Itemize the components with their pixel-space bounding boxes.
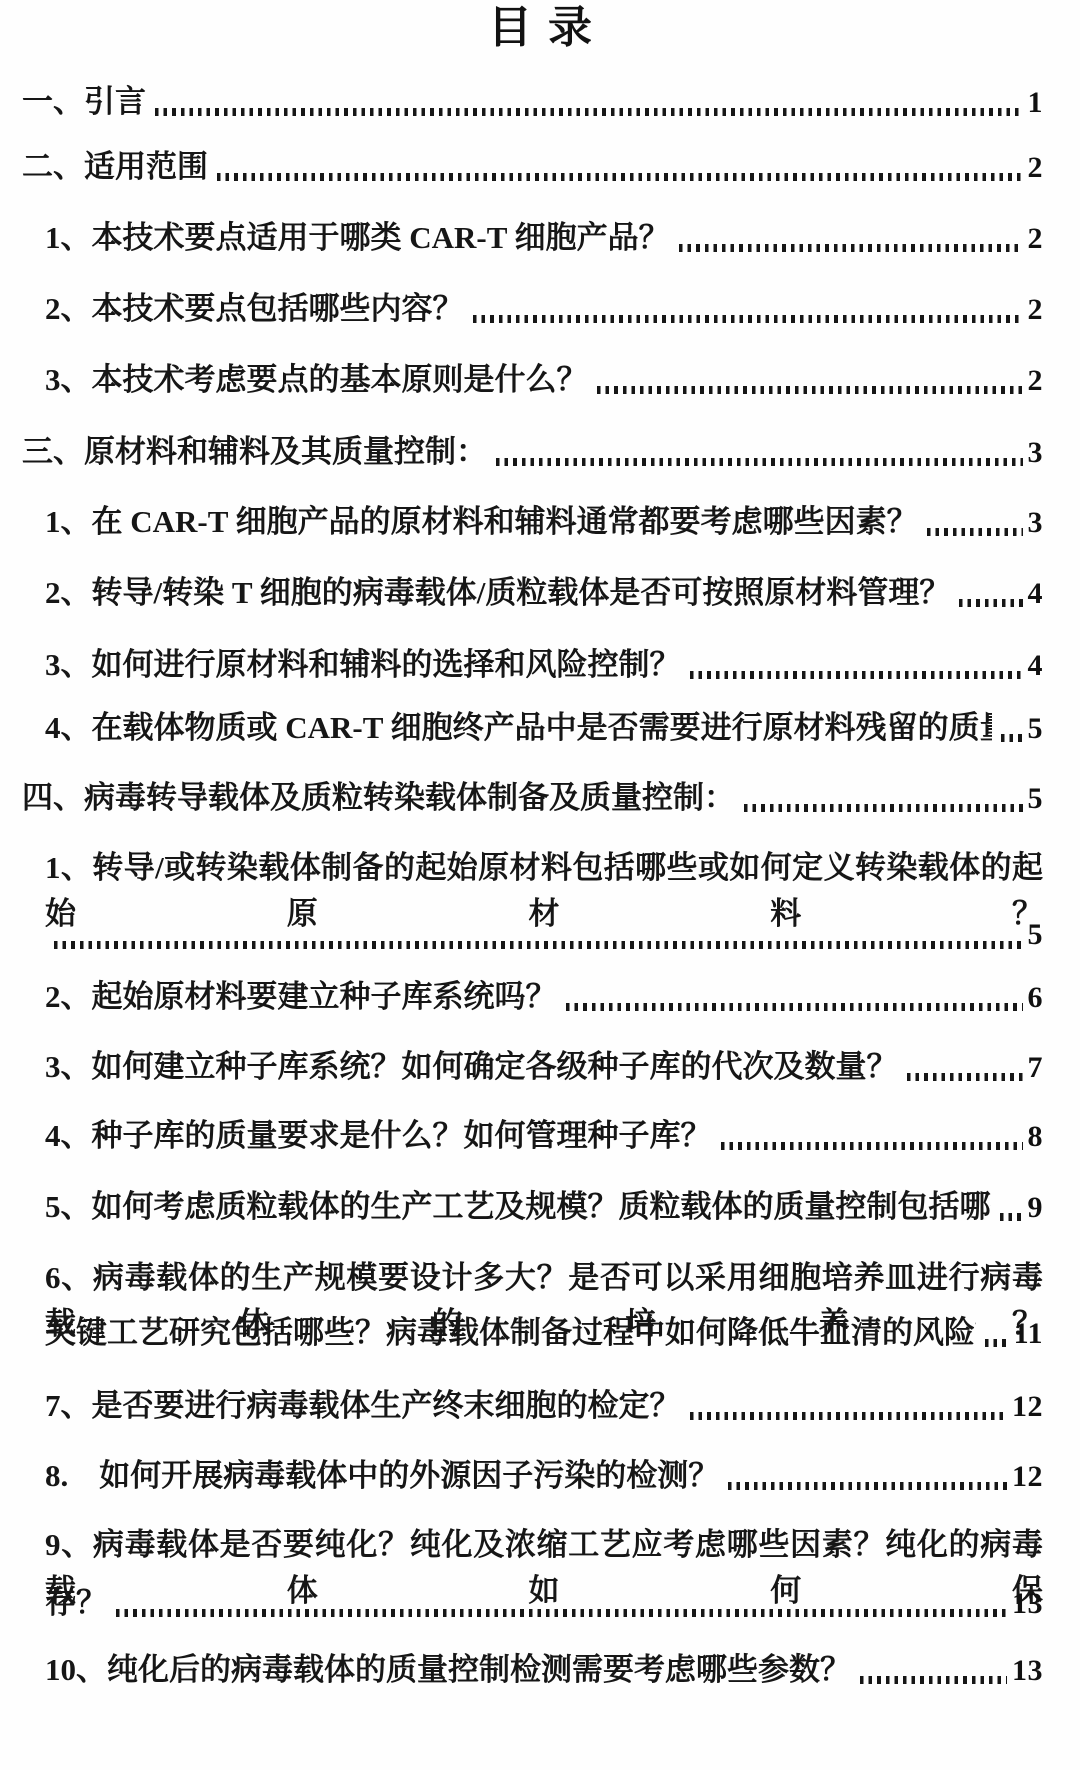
toc-entry: 10、纯化后的病毒载体的质量控制检测需要考虑哪些参数？13 — [45, 1647, 1043, 1693]
toc-dot-leader — [860, 1676, 1007, 1684]
toc-entry-text: 4、种子库的质量要求是什么？如何管理种子库？ — [45, 1113, 712, 1159]
toc-dot-leader — [566, 1003, 1023, 1011]
toc-entry: 6、病毒载体的生产规模要设计多大？是否可以采用细胞培养皿进行病毒载体的培养？ — [45, 1255, 1043, 1301]
toc-entry: 二、适用范围2 — [22, 144, 1043, 190]
toc-entry-text: 1、在 CAR-T 细胞产品的原材料和辅料通常都要考虑哪些因素？ — [45, 499, 918, 545]
toc-entry-text: 2、本技术要点包括哪些内容？ — [45, 286, 464, 332]
toc-dot-leader — [744, 804, 1023, 812]
toc-entry: 5 — [45, 912, 1043, 958]
toc-entry-text: 3、本技术考虑要点的基本原则是什么？ — [45, 357, 588, 403]
toc-dot-leader — [690, 1412, 1008, 1420]
toc-page-number: 5 — [1028, 912, 1044, 958]
toc-entry-text: 1、本技术要点适用于哪类 CAR-T 细胞产品？ — [45, 215, 670, 261]
toc-entry: 1、在 CAR-T 细胞产品的原材料和辅料通常都要考虑哪些因素？3 — [45, 499, 1043, 545]
toc-entry-text: 2、起始原材料要建立种子库系统吗？ — [45, 974, 557, 1020]
toc-page-number: 2 — [1028, 287, 1044, 333]
toc-page-number: 13 — [1012, 1581, 1043, 1627]
toc-entry: 4、在载体物质或 CAR-T 细胞终产品中是否需要进行原材料残留的质量检测？5 — [45, 705, 1043, 751]
document-page: 目录 一、引言1二、适用范围21、本技术要点适用于哪类 CAR-T 细胞产品？2… — [0, 0, 1080, 1770]
toc-entry: 3、本技术考虑要点的基本原则是什么？2 — [45, 357, 1043, 403]
toc-page-number: 9 — [1028, 1185, 1044, 1231]
toc-page-number: 12 — [1012, 1384, 1043, 1430]
toc-dot-leader — [721, 1142, 1023, 1150]
toc-entry-text: 5、如何考虑质粒载体的生产工艺及规模？质粒载体的质量控制包括哪些？ — [45, 1184, 991, 1230]
toc-page-number: 2 — [1028, 216, 1044, 262]
toc-entry: 9、病毒载体是否要纯化？纯化及浓缩工艺应考虑哪些因素？纯化的病毒载体如何保 — [45, 1522, 1043, 1568]
toc-page-number: 5 — [1028, 706, 1044, 752]
toc-dot-leader — [679, 244, 1023, 252]
toc-dot-leader — [473, 315, 1023, 323]
toc-dot-leader — [1000, 1213, 1023, 1221]
toc-entry-text: 二、适用范围 — [22, 144, 208, 190]
toc-dot-leader — [959, 599, 1022, 607]
toc-page-number: 1 — [1028, 80, 1044, 126]
toc-entry: 2、转导/转染 T 细胞的病毒载体/质粒载体是否可按照原材料管理？4 — [45, 570, 1043, 616]
toc-page-number: 13 — [1012, 1648, 1043, 1694]
toc-dot-leader — [907, 1073, 1023, 1081]
toc-entry-text: 3、如何进行原材料和辅料的选择和风险控制？ — [45, 642, 681, 688]
toc-dot-leader — [597, 386, 1023, 394]
toc-entry: 1、转导/或转染载体制备的起始原材料包括哪些或如何定义转染载体的起始原材料？ — [45, 845, 1043, 891]
toc-entry: 3、如何进行原材料和辅料的选择和风险控制？4 — [45, 642, 1043, 688]
toc-dot-leader — [116, 1609, 1007, 1617]
toc-entry-text: 8. 如何开展病毒载体中的外源因子污染的检测？ — [45, 1453, 719, 1499]
toc-entry-text: 三、原材料和辅料及其质量控制： — [22, 429, 487, 475]
toc-entry: 关键工艺研究包括哪些？病毒载体制备过程中如何降低牛血清的风险？11 — [45, 1310, 1043, 1356]
toc-page-number: 12 — [1012, 1454, 1043, 1500]
toc-entry-text: 7、是否要进行病毒载体生产终末细胞的检定？ — [45, 1383, 681, 1429]
toc-page-number: 5 — [1028, 776, 1044, 822]
toc-page-number: 4 — [1028, 571, 1044, 617]
toc-entry-text: 关键工艺研究包括哪些？病毒载体制备过程中如何降低牛血清的风险？ — [45, 1310, 976, 1356]
toc-entry-text: 3、如何建立种子库系统？如何确定各级种子库的代次及数量？ — [45, 1044, 898, 1090]
toc-entry-text: 4、在载体物质或 CAR-T 细胞终产品中是否需要进行原材料残留的质量检测？ — [45, 705, 992, 751]
toc-entry: 2、本技术要点包括哪些内容？2 — [45, 286, 1043, 332]
toc-dot-leader — [1001, 734, 1022, 742]
toc-entry: 5、如何考虑质粒载体的生产工艺及规模？质粒载体的质量控制包括哪些？9 — [45, 1184, 1043, 1230]
page-title: 目录 — [0, 2, 1080, 54]
toc-entry: 3、如何建立种子库系统？如何确定各级种子库的代次及数量？7 — [45, 1044, 1043, 1090]
toc-entry: 4、种子库的质量要求是什么？如何管理种子库？8 — [45, 1113, 1043, 1159]
toc-dot-leader — [155, 108, 1023, 116]
toc-page-number: 7 — [1028, 1045, 1044, 1091]
toc-entry: 三、原材料和辅料及其质量控制：3 — [22, 429, 1043, 475]
toc-page-number: 11 — [1014, 1311, 1043, 1357]
toc-page-number: 4 — [1028, 643, 1044, 689]
toc-dot-leader — [690, 671, 1023, 679]
toc-entry: 1、本技术要点适用于哪类 CAR-T 细胞产品？2 — [45, 215, 1043, 261]
toc-entry-text: 2、转导/转染 T 细胞的病毒载体/质粒载体是否可按照原材料管理？ — [45, 570, 950, 616]
toc-dot-leader — [217, 173, 1023, 181]
toc-page-number: 8 — [1028, 1114, 1044, 1160]
toc-dot-leader — [496, 458, 1023, 466]
toc-entry: 四、病毒转导载体及质粒转染载体制备及质量控制：5 — [22, 775, 1043, 821]
toc-dot-leader — [985, 1339, 1008, 1347]
toc-page-number: 2 — [1028, 145, 1044, 191]
toc-entry: 一、引言1 — [22, 79, 1043, 125]
toc-entry: 7、是否要进行病毒载体生产终末细胞的检定？12 — [45, 1383, 1043, 1429]
toc-entry: 8. 如何开展病毒载体中的外源因子污染的检测？12 — [45, 1453, 1043, 1499]
toc-dot-leader — [54, 941, 1023, 949]
toc-entry-text: 10、纯化后的病毒载体的质量控制检测需要考虑哪些参数？ — [45, 1647, 851, 1693]
toc-page-number: 6 — [1028, 975, 1044, 1021]
toc-entry-text: 存？ — [45, 1580, 107, 1626]
toc-page-number: 3 — [1028, 430, 1044, 476]
toc-page-number: 3 — [1028, 500, 1044, 546]
toc-dot-leader — [927, 528, 1023, 536]
toc-entry: 存？13 — [45, 1580, 1043, 1626]
toc-entry: 2、起始原材料要建立种子库系统吗？6 — [45, 974, 1043, 1020]
toc-entry-text: 一、引言 — [22, 79, 146, 125]
toc-entry-text: 四、病毒转导载体及质粒转染载体制备及质量控制： — [22, 775, 735, 821]
toc-page-number: 2 — [1028, 358, 1044, 404]
toc-dot-leader — [728, 1482, 1007, 1490]
